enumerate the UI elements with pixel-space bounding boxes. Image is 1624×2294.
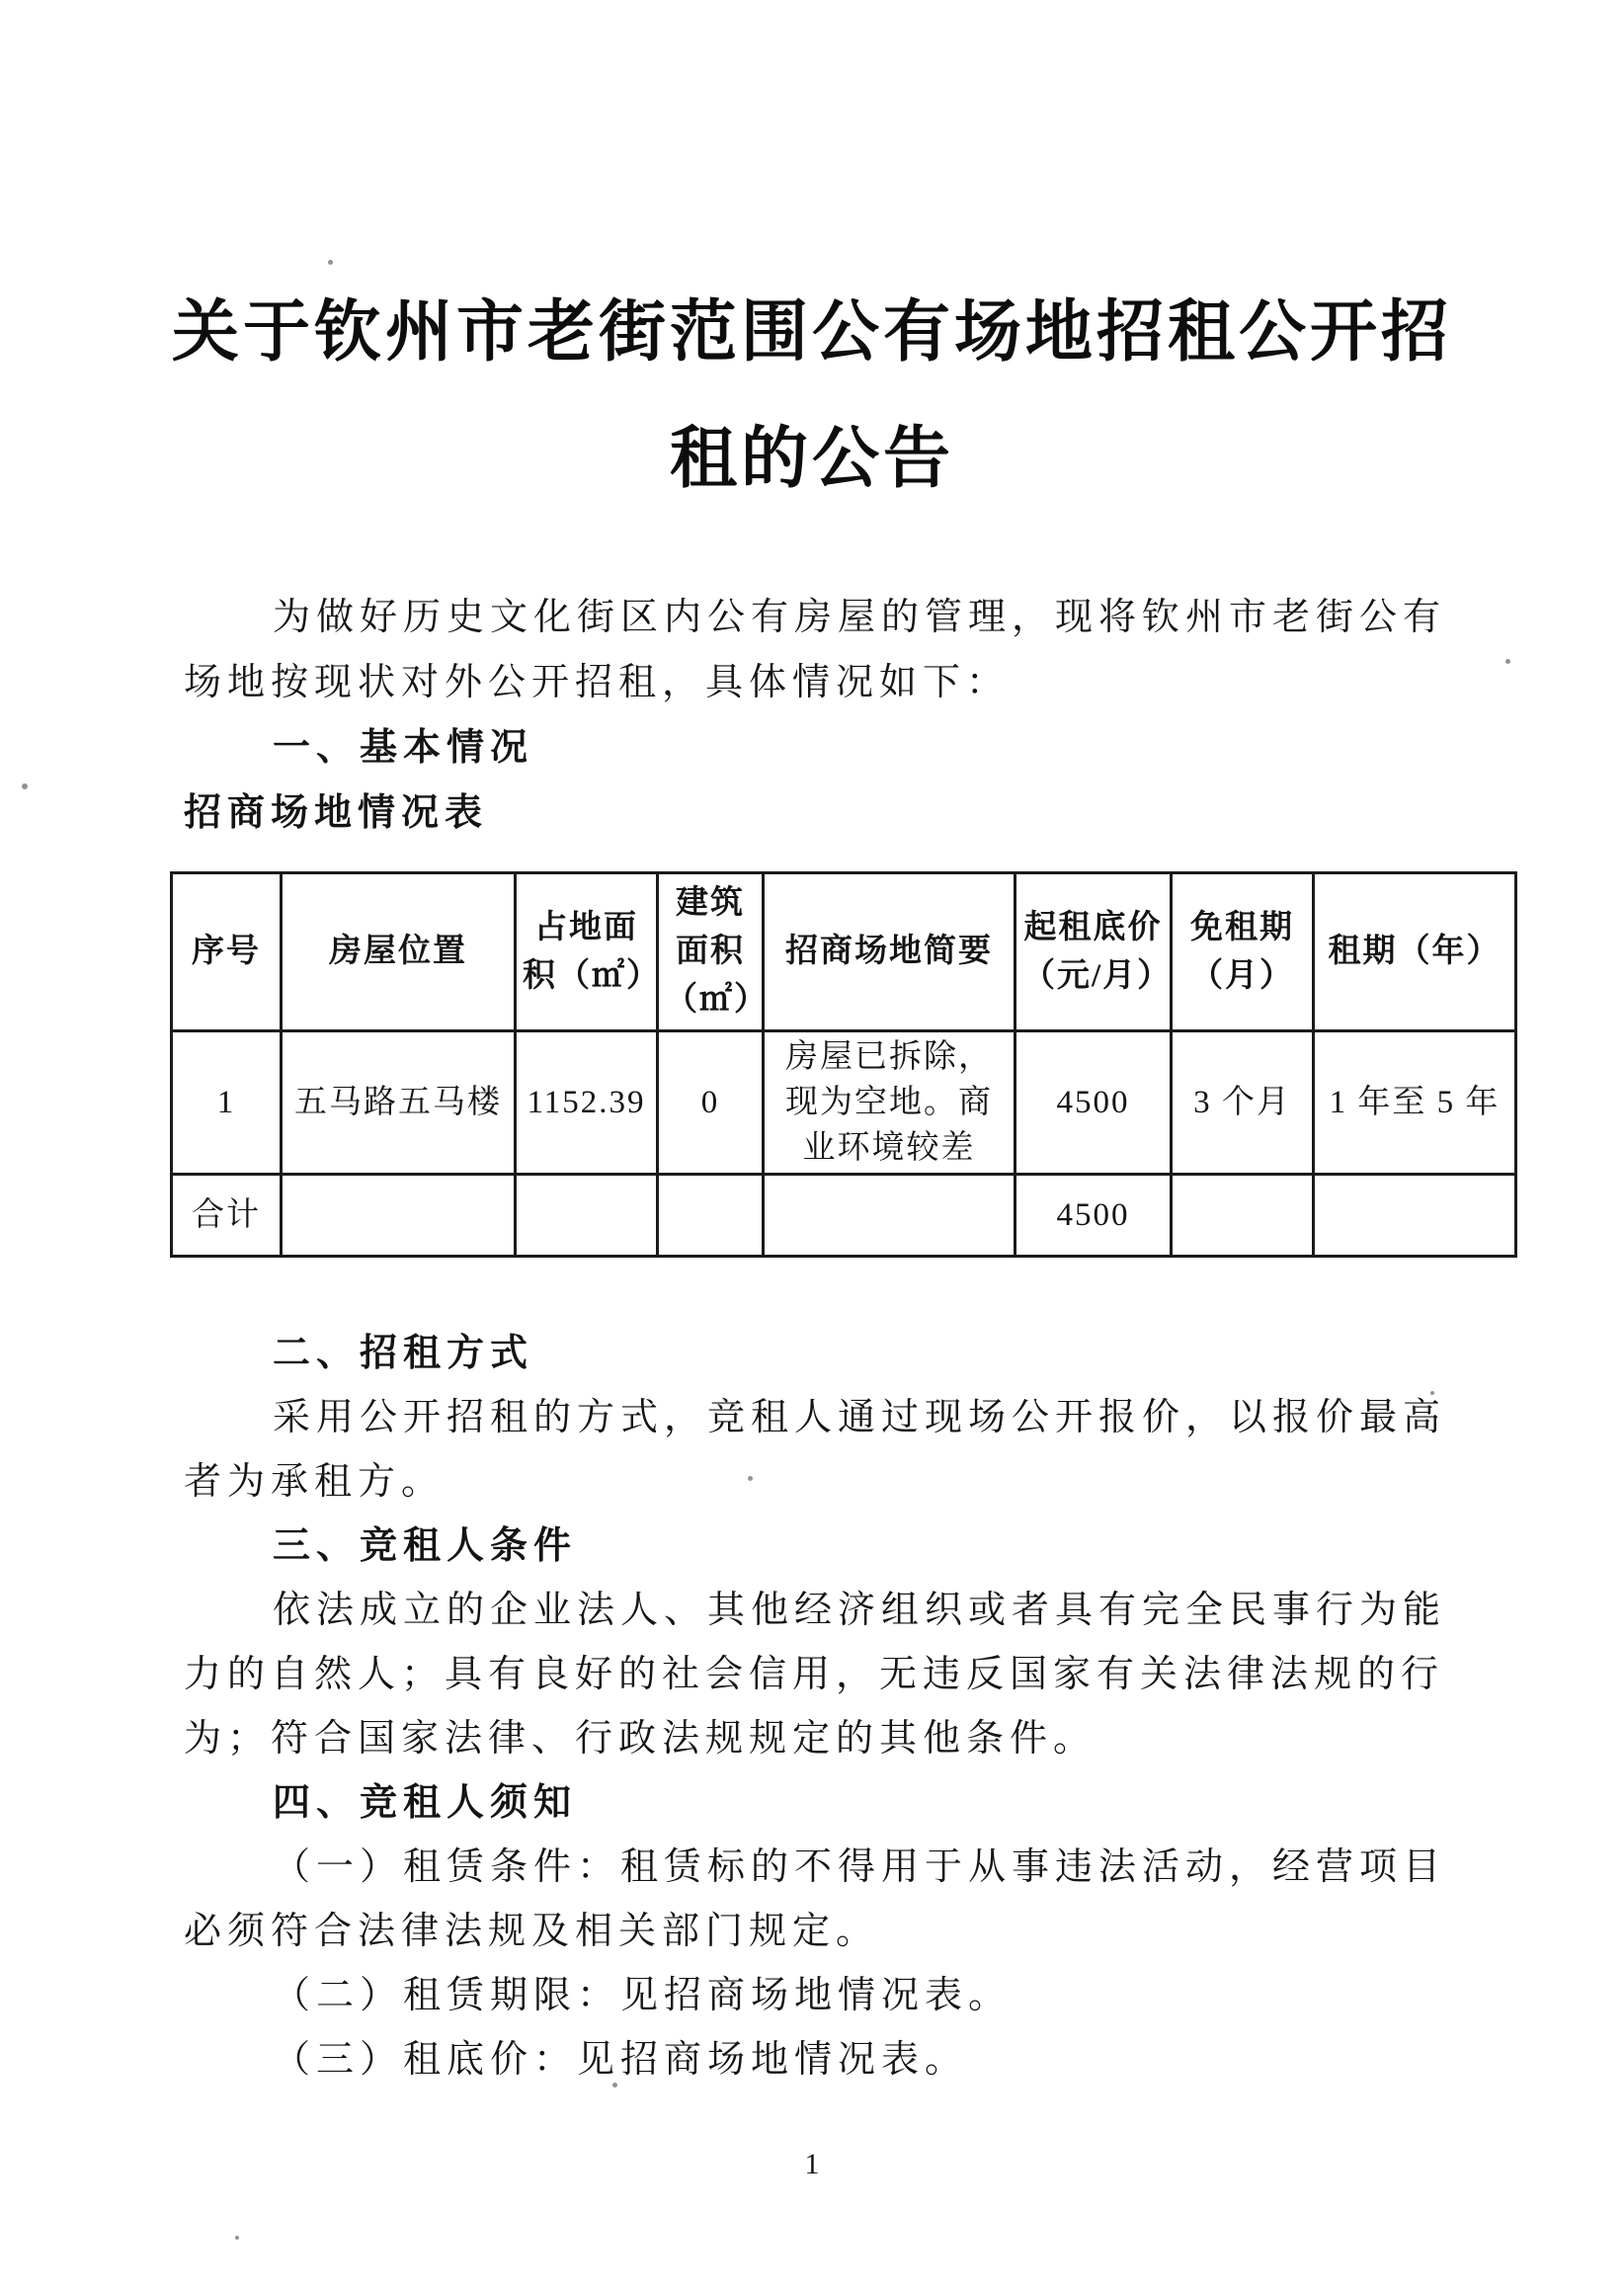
scan-artifact-dot — [328, 260, 333, 265]
table-caption: 招商场地情况表 — [184, 780, 1470, 846]
th-land-area: 占地面积（㎡） — [516, 873, 658, 1031]
table-header-row: 序号 房屋位置 占地面积（㎡） 建筑面积（㎡） 招商场地简要 起租底价（元/月）… — [172, 873, 1516, 1031]
scan-artifact-dot — [235, 2236, 239, 2240]
sections-block: 二、招租方式 采用公开招租的方式，竞租人通过现场公开报价，以报价最高 者为承租方… — [184, 1322, 1470, 2092]
section4-item1-line-1: （一）租赁条件：租赁标的不得用于从事违法活动，经营项目 — [184, 1836, 1470, 1900]
scan-artifact-dot — [748, 1476, 753, 1481]
scan-artifact-dot — [22, 783, 28, 789]
cell-total-land-area — [516, 1175, 658, 1257]
document-page: 关于钦州市老街范围公有场地招租公开招 租的公告 为做好历史文化街区内公有房屋的管… — [0, 0, 1624, 2294]
intro-block: 为做好历史文化街区内公有房屋的管理，现将钦州市老街公有 场地按现状对外公开招租，… — [184, 585, 1470, 846]
cell-rent-free: 3 个月 — [1172, 1031, 1314, 1175]
venue-table: 序号 房屋位置 占地面积（㎡） 建筑面积（㎡） 招商场地简要 起租底价（元/月）… — [170, 871, 1517, 1258]
section4-heading: 四、竞租人须知 — [184, 1771, 1470, 1836]
section3-line-3: 为；符合国家法律、行政法规规定的其他条件。 — [184, 1707, 1470, 1771]
cell-summary: 房屋已拆除，现为空地。商业环境较差 — [764, 1031, 1015, 1175]
document-title: 关于钦州市老街范围公有场地招租公开招 租的公告 — [0, 269, 1624, 522]
th-location: 房屋位置 — [282, 873, 516, 1031]
section4-item3: （三）租底价：见招商场地情况表。 — [184, 2028, 1470, 2092]
cell-total-rent-free — [1172, 1175, 1314, 1257]
cell-total-term — [1314, 1175, 1516, 1257]
section2-line-2: 者为承租方。 — [184, 1450, 1470, 1515]
title-line-2: 租的公告 — [0, 395, 1624, 522]
th-term: 租期（年） — [1314, 873, 1516, 1031]
section2-heading: 二、招租方式 — [184, 1322, 1470, 1386]
title-line-1: 关于钦州市老街范围公有场地招租公开招 — [0, 269, 1624, 395]
section1-heading: 一、基本情况 — [184, 715, 1470, 780]
th-base-rent: 起租底价（元/月） — [1015, 873, 1172, 1031]
th-summary: 招商场地简要 — [764, 873, 1015, 1031]
th-rent-free: 免租期（月） — [1172, 873, 1314, 1031]
section3-line-2: 力的自然人；具有良好的社会信用，无违反国家有关法律法规的行 — [184, 1643, 1470, 1707]
th-building-area: 建筑面积（㎡） — [658, 873, 764, 1031]
cell-land-area: 1152.39 — [516, 1031, 658, 1175]
cell-total-summary — [764, 1175, 1015, 1257]
cell-seq: 1 — [172, 1031, 282, 1175]
table-total-row: 合计 4500 — [172, 1175, 1516, 1257]
intro-line-1: 为做好历史文化街区内公有房屋的管理，现将钦州市老街公有 — [184, 585, 1470, 650]
section3-line-1: 依法成立的企业法人、其他经济组织或者具有完全民事行为能 — [184, 1579, 1470, 1643]
cell-base-rent: 4500 — [1015, 1031, 1172, 1175]
page-number: 1 — [0, 2148, 1624, 2181]
cell-building-area: 0 — [658, 1031, 764, 1175]
cell-total-building-area — [658, 1175, 764, 1257]
table-row: 1 五马路五马楼 1152.39 0 房屋已拆除，现为空地。商业环境较差 450… — [172, 1031, 1516, 1175]
cell-total-label: 合计 — [172, 1175, 282, 1257]
section2-line-1: 采用公开招租的方式，竞租人通过现场公开报价，以报价最高 — [184, 1386, 1470, 1450]
th-seq: 序号 — [172, 873, 282, 1031]
cell-total-location — [282, 1175, 516, 1257]
intro-line-2: 场地按现状对外公开招租，具体情况如下： — [184, 650, 1470, 715]
section3-heading: 三、竞租人条件 — [184, 1515, 1470, 1579]
cell-total-base-rent: 4500 — [1015, 1175, 1172, 1257]
scan-artifact-dot — [612, 2083, 617, 2088]
scan-artifact-dot — [1430, 1391, 1434, 1395]
cell-location: 五马路五马楼 — [282, 1031, 516, 1175]
scan-artifact-dot — [1505, 659, 1510, 664]
section4-item1-line-2: 必须符合法律法规及相关部门规定。 — [184, 1900, 1470, 1964]
section4-item2: （二）租赁期限：见招商场地情况表。 — [184, 1964, 1470, 2028]
cell-term: 1 年至 5 年 — [1314, 1031, 1516, 1175]
